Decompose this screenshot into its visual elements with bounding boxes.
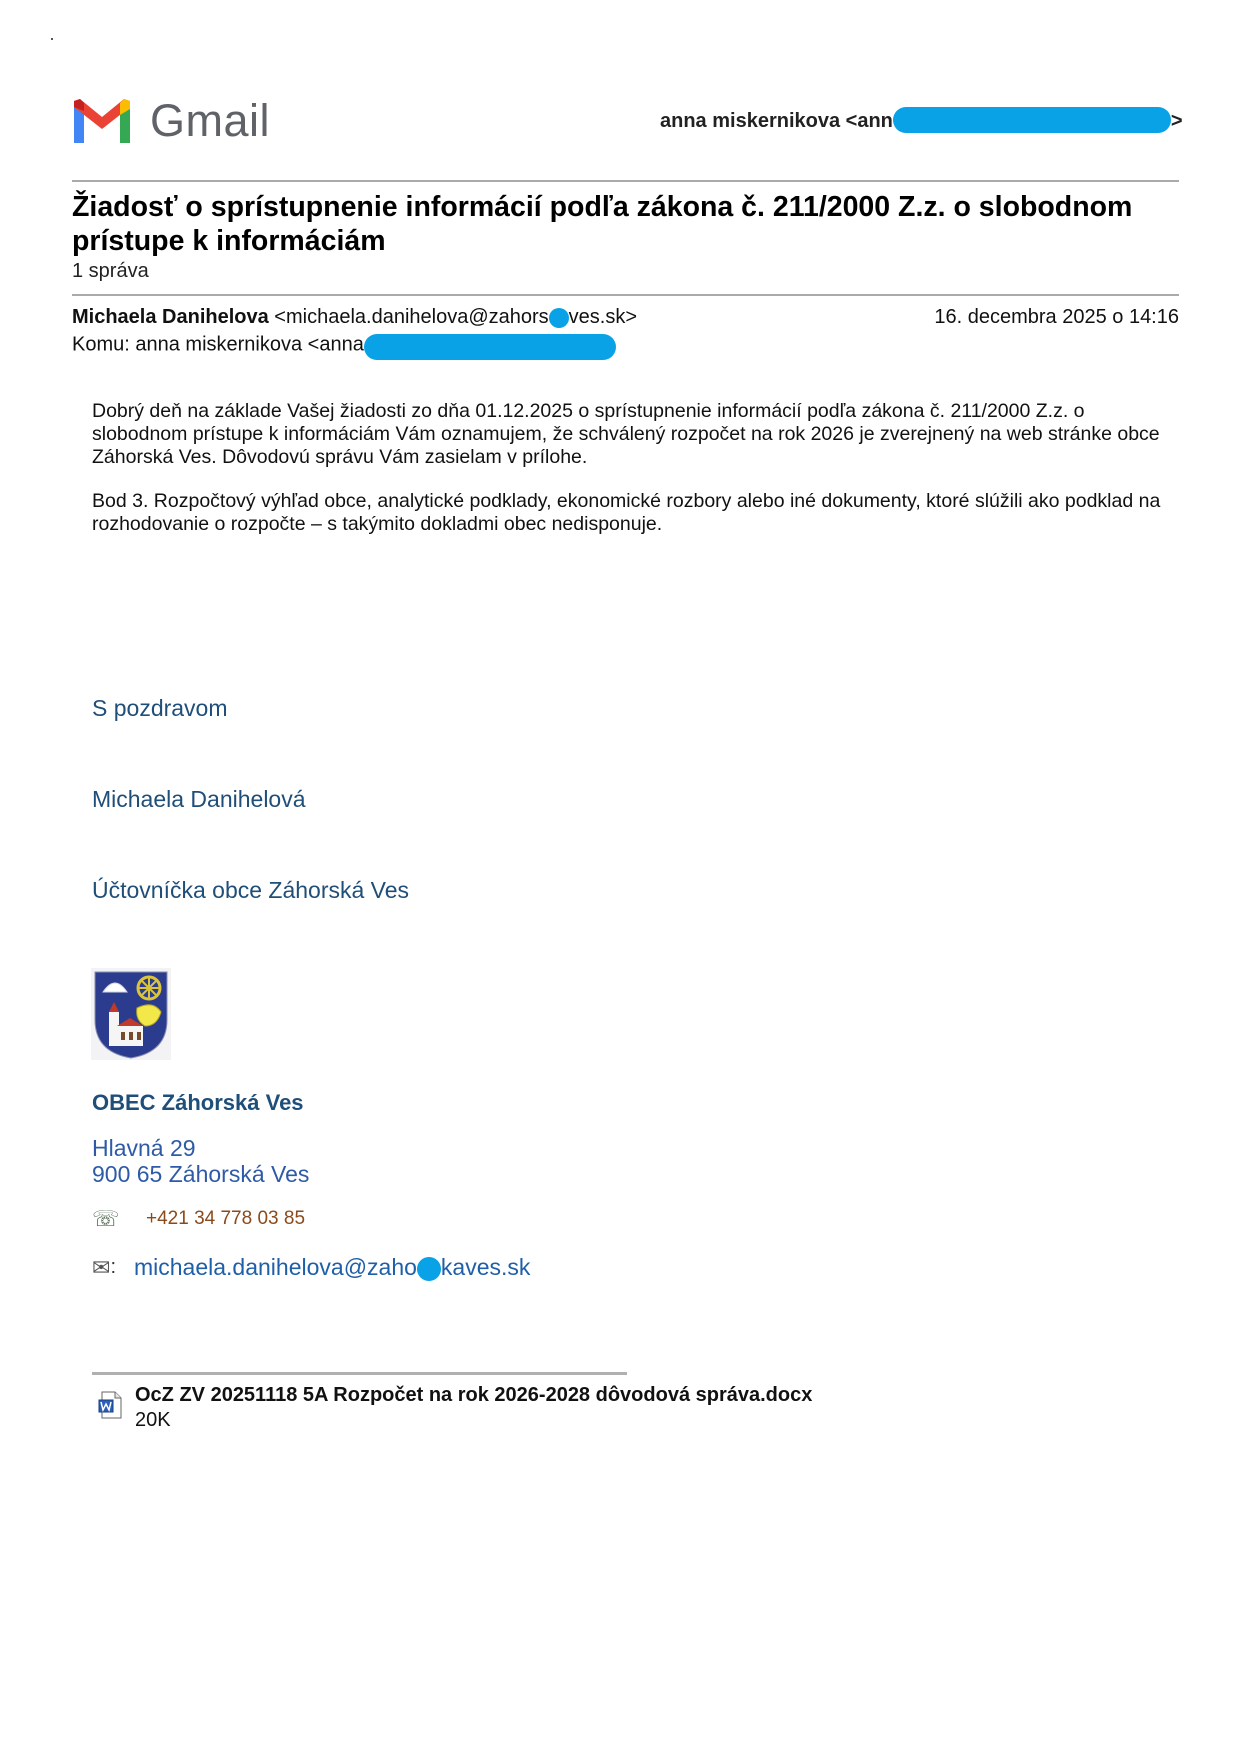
sender-email: <michaela.danihelova@zahors — [269, 306, 549, 328]
redaction-mark — [893, 107, 1171, 133]
sender-email-end: ves.sk> — [569, 306, 637, 328]
gmail-wordmark: Gmail — [150, 95, 270, 147]
phone-number[interactable]: +421 34 778 03 85 — [146, 1208, 305, 1230]
address: Hlavná 29 900 65 Záhorská Ves — [92, 1135, 309, 1187]
gmail-m-icon — [70, 97, 134, 145]
message-paragraph: Dobrý deň na základe Vašej žiadosti zo d… — [92, 400, 1172, 469]
envelope-icon: ✉ — [92, 1255, 110, 1281]
message-paragraph: Bod 3. Rozpočtový výhľad obce, analytick… — [92, 490, 1172, 536]
signature-title: Účtovníčka obce Záhorská Ves — [92, 877, 409, 904]
account-suffix: > — [1171, 110, 1183, 132]
telephone-icon: ☏ — [92, 1206, 146, 1232]
redaction-mark — [549, 308, 569, 328]
word-document-icon[interactable] — [98, 1391, 122, 1419]
redaction-mark — [417, 1257, 441, 1281]
address-street: Hlavná 29 — [92, 1135, 309, 1161]
message-count: 1 správa — [72, 260, 149, 283]
sender-name: Michaela Danihelova — [72, 306, 269, 328]
organization-name: OBEC Záhorská Ves — [92, 1090, 304, 1116]
coat-of-arms-icon — [91, 968, 171, 1060]
attachment-size: 20K — [135, 1409, 171, 1432]
thread-subject: Žiadosť o sprístupnenie informácií podľa… — [72, 190, 1182, 258]
signature-greeting: S pozdravom — [92, 695, 228, 722]
recipient: Komu: anna miskernikova <anna — [72, 333, 364, 355]
signature-email-link[interactable]: michaela.danihelova@zahokaves.sk — [134, 1254, 530, 1281]
email-row: ✉ : michaela.danihelova@zahokaves.sk — [92, 1254, 530, 1281]
stray-dot — [51, 38, 53, 40]
attachment-divider — [92, 1372, 627, 1375]
email-start: michaela.danihelova@zaho — [134, 1254, 417, 1280]
signature-name: Michaela Danihelová — [92, 786, 306, 813]
thread-divider — [72, 294, 1179, 296]
email-colon: : — [110, 1256, 116, 1279]
phone-row: ☏ +421 34 778 03 85 — [92, 1206, 305, 1232]
message-date: 16. decembra 2025 o 14:16 — [934, 306, 1179, 329]
header-divider — [72, 180, 1179, 182]
gmail-logo: Gmail — [70, 95, 270, 147]
redaction-mark — [364, 334, 616, 360]
recipient-line: Komu: anna miskernikova <anna — [72, 330, 616, 360]
sender-line: Michaela Danihelova <michaela.danihelova… — [72, 306, 637, 329]
address-city: 900 65 Záhorská Ves — [92, 1161, 309, 1187]
email-end: kaves.sk — [441, 1254, 530, 1280]
account-label: anna miskernikova <ann> — [660, 110, 1183, 133]
attachment-filename[interactable]: OcZ ZV 20251118 5A Rozpočet na rok 2026-… — [135, 1384, 812, 1407]
account-name: anna miskernikova <ann — [660, 110, 893, 132]
